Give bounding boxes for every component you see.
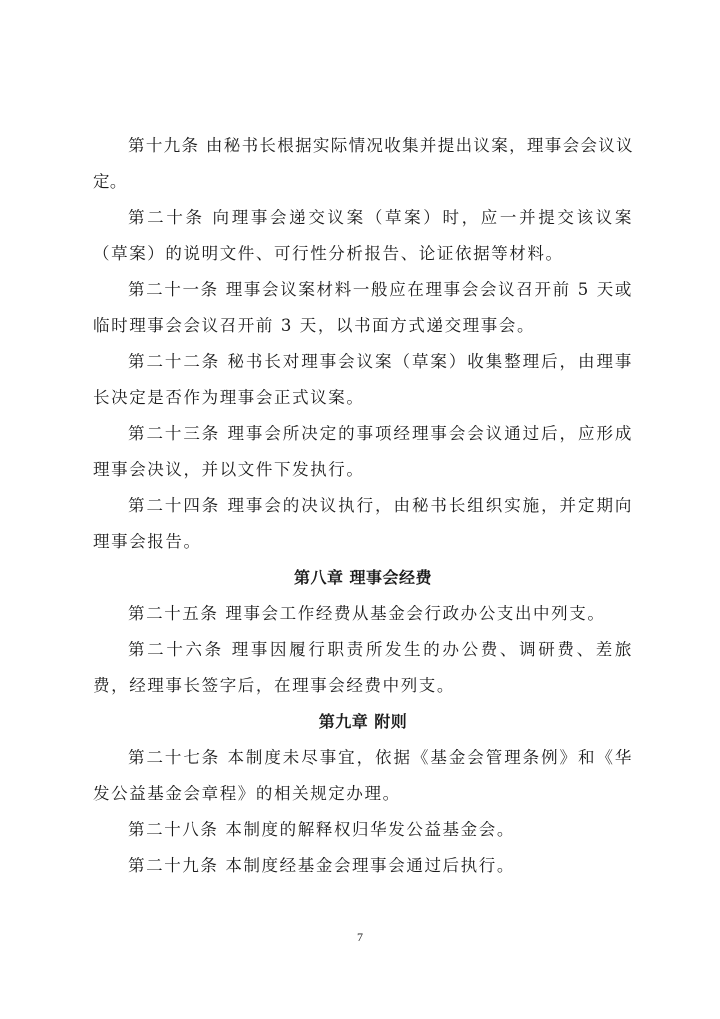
article-19: 第十九条 由秘书长根据实际情况收集并提出议案，理事会会议议定。 <box>93 128 633 200</box>
article-20: 第二十条 向理事会递交议案（草案）时，应一并提交该议案（草案）的说明文件、可行性… <box>93 200 633 272</box>
article-28: 第二十八条 本制度的解释权归华发公益基金会。 <box>93 812 633 848</box>
article-21: 第二十一条 理事会议案材料一般应在理事会会议召开前 5 天或临时理事会会议召开前… <box>93 272 633 344</box>
article-29: 第二十九条 本制度经基金会理事会通过后执行。 <box>93 848 633 884</box>
article-23: 第二十三条 理事会所决定的事项经理事会会议通过后，应形成理事会决议，并以文件下发… <box>93 416 633 488</box>
article-26: 第二十六条 理事因履行职责所发生的办公费、调研费、差旅费，经理事长签字后，在理事… <box>93 632 633 704</box>
chapter-9-heading: 第九章 附则 <box>93 704 633 740</box>
article-25: 第二十五条 理事会工作经费从基金会行政办公支出中列支。 <box>93 596 633 632</box>
chapter-8-heading: 第八章 理事会经费 <box>93 560 633 596</box>
page-number: 7 <box>0 930 720 945</box>
article-24: 第二十四条 理事会的决议执行，由秘书长组织实施，并定期向理事会报告。 <box>93 488 633 560</box>
article-27: 第二十七条 本制度未尽事宜，依据《基金会管理条例》和《华发公益基金会章程》的相关… <box>93 740 633 812</box>
document-page: 第十九条 由秘书长根据实际情况收集并提出议案，理事会会议议定。 第二十条 向理事… <box>93 128 633 884</box>
article-22: 第二十二条 秘书长对理事会议案（草案）收集整理后，由理事长决定是否作为理事会正式… <box>93 344 633 416</box>
